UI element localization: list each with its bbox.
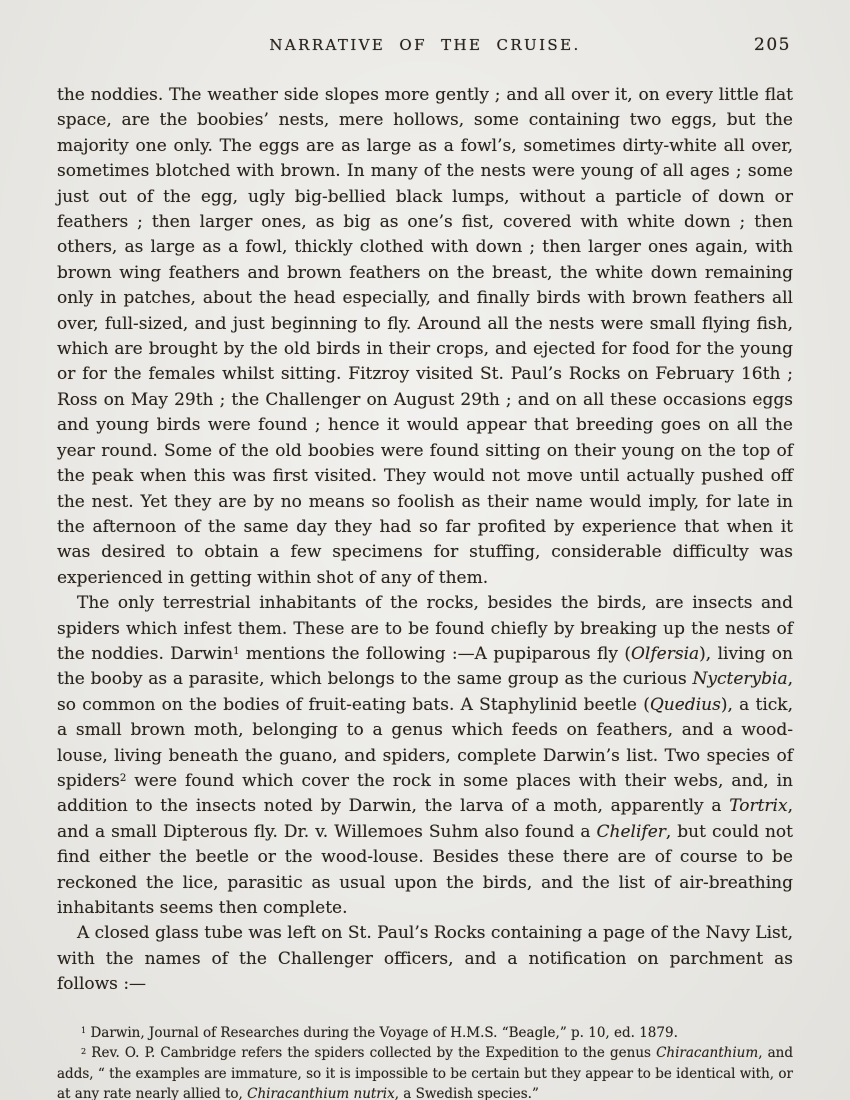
footnote-marker: 2 — [120, 773, 126, 784]
paragraph-3: A closed glass tube was left on St. Paul… — [57, 921, 793, 997]
italic-text: Chiracanthium — [656, 1045, 758, 1061]
italic-text: Chelifer — [597, 822, 666, 842]
paragraph-2: The only terrestrial inhabitants of the … — [57, 591, 793, 921]
main-text: the noddies. The weather side slopes mor… — [57, 83, 793, 998]
footnote-2: 2 Rev. O. P. Cambridge refers the spider… — [57, 1043, 793, 1100]
italic-text: Chiracanthium nutrix — [247, 1086, 395, 1100]
paragraph-1: the noddies. The weather side slopes mor… — [57, 83, 793, 591]
footnotes-block: 1 Darwin, Journal of Researches during t… — [57, 1023, 793, 1100]
footnote-marker: 1 — [81, 1025, 86, 1035]
italic-text: Olfersia — [631, 644, 699, 664]
footnote-marker: 2 — [81, 1046, 86, 1056]
running-title: NARRATIVE OF THE CRUISE. — [57, 36, 793, 54]
italic-text: Tortrix — [729, 796, 787, 816]
page-header: NARRATIVE OF THE CRUISE. 205 — [57, 36, 793, 56]
footnote-1: 1 Darwin, Journal of Researches during t… — [57, 1023, 793, 1044]
italic-text: Quedius — [650, 695, 721, 715]
book-page: NARRATIVE OF THE CRUISE. 205 the noddies… — [0, 0, 850, 1100]
footnote-marker: 1 — [233, 646, 239, 657]
page-number: 205 — [754, 35, 791, 55]
italic-text: Nycterybia — [693, 669, 788, 689]
